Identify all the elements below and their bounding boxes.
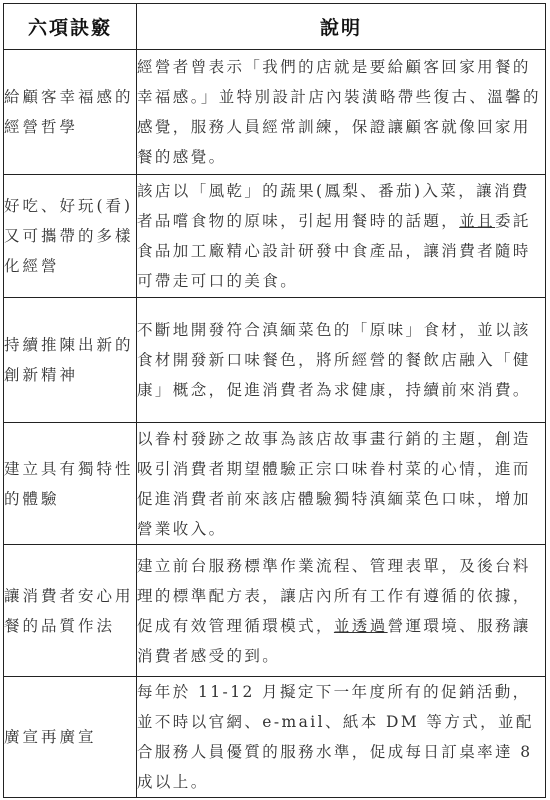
tip-cell: 廣宣再廣宣 [4, 677, 137, 798]
table-row: 建立具有獨特性的體驗 以眷村發跡之故事為該店故事畫行銷的主題，創造吸引消費者期望… [4, 423, 546, 545]
tip-cell: 讓消費者安心用餐的品質作法 [4, 545, 137, 677]
table-row: 給顧客幸福感的經營哲學 經營者曾表示「我們的店就是要給顧客回家用餐的幸福感。」並… [4, 50, 546, 175]
description-cell: 該店以「風乾」的蔬果(鳳梨、番茄)入菜，讓消費者品嚐食物的原味，引起用餐時的話題… [137, 175, 546, 298]
underlined-text: 並透過 [334, 617, 388, 635]
table-row: 讓消費者安心用餐的品質作法 建立前台服務標準作業流程、管理表單，及後台料理的標準… [4, 545, 546, 677]
description-cell: 不斷地開發符合滇緬菜色的「原味」食材，並以該食材開發新口味餐色，將所經營的餐飲店… [137, 298, 546, 423]
header-row: 六項訣竅 說明 [4, 4, 546, 50]
header-tips: 六項訣竅 [4, 4, 137, 50]
table-row: 廣宣再廣宣 每年於 11-12 月擬定下一年度所有的促銷活動，並不時以官網、e-… [4, 677, 546, 798]
description-text: 經營者曾表示「我們的店就是要給顧客回家用餐的幸福感。」並特別設計店內裝潢略帶些復… [137, 58, 541, 166]
underlined-text: 並且 [459, 212, 495, 230]
tip-cell: 給顧客幸福感的經營哲學 [4, 50, 137, 175]
tip-cell: 建立具有獨特性的體驗 [4, 423, 137, 545]
table-row: 好吃、好玩(看)又可攜帶的多樣化經營 該店以「風乾」的蔬果(鳳梨、番茄)入菜，讓… [4, 175, 546, 298]
tip-cell: 持續推陳出新的創新精神 [4, 298, 137, 423]
description-cell: 以眷村發跡之故事為該店故事畫行銷的主題，創造吸引消費者期望體驗正宗口味眷村菜的心… [137, 423, 546, 545]
table-row: 持續推陳出新的創新精神 不斷地開發符合滇緬菜色的「原味」食材，並以該食材開發新口… [4, 298, 546, 423]
description-text: 不斷地開發符合滇緬菜色的「原味」食材，並以該食材開發新口味餐色，將所經營的餐飲店… [137, 321, 531, 399]
description-cell: 每年於 11-12 月擬定下一年度所有的促銷活動，並不時以官網、e-mail、紙… [137, 677, 546, 798]
description-cell: 建立前台服務標準作業流程、管理表單，及後台料理的標準配方表，讓店內所有工作有遵循… [137, 545, 546, 677]
description-cell: 經營者曾表示「我們的店就是要給顧客回家用餐的幸福感。」並特別設計店內裝潢略帶些復… [137, 50, 546, 175]
header-description: 說明 [137, 4, 546, 50]
description-text: 以眷村發跡之故事為該店故事畫行銷的主題，創造吸引消費者期望體驗正宗口味眷村菜的心… [137, 430, 531, 538]
tip-cell: 好吃、好玩(看)又可攜帶的多樣化經營 [4, 175, 137, 298]
description-text: 每年於 11-12 月擬定下一年度所有的促銷活動，並不時以官網、e-mail、紙… [137, 683, 534, 791]
tips-table: 六項訣竅 說明 給顧客幸福感的經營哲學 經營者曾表示「我們的店就是要給顧客回家用… [3, 3, 546, 798]
